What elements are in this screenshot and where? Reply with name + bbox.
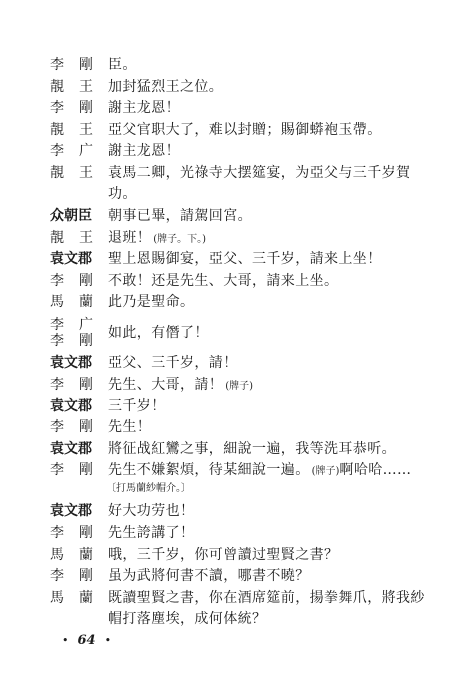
dialogue-text: 亞父官职大了，难以封贈；賜御蟒袍玉帶。: [108, 122, 382, 138]
dialogue-text: 亞父、三千岁，請！: [108, 355, 238, 371]
dialogue-line: 李剛 先生不嫌絮煩，待某細說一遍。(牌子)啊哈哈……: [0, 462, 460, 478]
dialogue-line: 袁文郡 好大功劳也！: [0, 503, 460, 519]
speaker-name: 李剛: [50, 100, 108, 116]
action-line: 〔打馬蘭紗帽介。〕: [0, 483, 460, 495]
script-page: 李剛 臣。 靚王 加封猛烈王之位。 李剛 謝主龙恩！ 靚王 亞父官职大了，难以封…: [0, 0, 460, 690]
dialogue-text: 不敢！还是先生、大哥，請来上坐。: [108, 273, 338, 289]
dialogue-text: 先生！: [108, 419, 151, 435]
dialogue-text: 謝主龙恩！: [108, 143, 180, 159]
dialogue-line: 靚王 袁馬二卿，光祿寺大摆筵宴，为亞父与三千岁賀: [0, 165, 460, 181]
dialogue-line: 李剛 虽为武將何書不讀，哪書不曉？: [0, 568, 460, 584]
stage-direction: (牌子。下。): [153, 234, 206, 245]
dialogue-text: 退班！(牌子。下。): [108, 230, 206, 248]
dialogue-line: 李剛 先生！: [0, 419, 460, 435]
dialogue-line: 李广 謝主龙恩！: [0, 143, 460, 159]
dialogue-text: 先生不嫌絮煩，待某細說一遍。(牌子)啊哈哈……: [108, 462, 411, 480]
page-number-footer: •64•: [62, 633, 111, 649]
dialogue-line: 李剛 臣。: [0, 57, 460, 73]
page-number: 64: [78, 633, 96, 648]
dialogue-text: 臣。: [108, 57, 137, 73]
speaker-name: 李剛: [50, 462, 108, 478]
dialogue-line: 李剛 先生誇講了！: [0, 525, 460, 541]
dialogue-text: 先生誇講了！: [108, 525, 194, 541]
dialogue-text: 既讀聖賢之書，你在酒席筵前，揚拳舞爪，將我紗: [108, 590, 425, 606]
stage-action: 〔打馬蘭紗帽介。〕: [106, 483, 191, 495]
dialogue-line: 馬蘭 既讀聖賢之書，你在酒席筵前，揚拳舞爪，將我紗: [0, 590, 460, 606]
dialogue-line: 靚王 退班！(牌子。下。): [0, 230, 460, 246]
speaker-name: 靚王: [50, 165, 108, 181]
dialogue-line: 李剛 先生、大哥，請！(牌子): [0, 377, 460, 393]
speaker-name: 李剛: [50, 525, 108, 541]
dialogue-text: 如此，有僭了！: [108, 325, 209, 341]
dialogue-line: 众朝臣 朝事已畢，請駕回宮。: [0, 208, 460, 224]
dialogue-words: 先生不嫌絮煩，待某細說一遍。: [108, 462, 310, 478]
speaker-name: 李剛: [50, 377, 108, 393]
dialogue-text: 將征战紅鸞之事，細說一遍，我等洗耳恭听。: [108, 441, 396, 457]
speaker-name: 靚王: [50, 79, 108, 95]
dialogue-line: 馬蘭 此乃是聖命。: [0, 294, 460, 310]
stage-direction: (牌子): [225, 381, 253, 392]
speaker-name: 李剛: [50, 57, 108, 73]
speaker-name: 袁文郡: [50, 441, 92, 457]
speaker-name: 馬蘭: [50, 294, 108, 310]
dialogue-line: 李剛 謝主龙恩！: [0, 100, 460, 116]
stage-direction: (牌子): [312, 466, 340, 477]
speaker-name: 李广: [50, 317, 108, 333]
dialogue-text: 朝事已畢，請駕回宮。: [108, 208, 252, 224]
dialogue-continuation: 帽打落塵埃，成何体統？: [108, 611, 266, 627]
speaker-name: 馬蘭: [50, 590, 108, 606]
speaker-name: 袁文郡: [50, 355, 92, 371]
dialogue-continuation-line: 帽打落塵埃，成何体統？: [0, 611, 460, 627]
dialogue-text: 哦，三千岁，你可曾讀过聖賢之書？: [108, 547, 338, 563]
speaker-name: 李剛: [50, 419, 108, 435]
speaker-name: 众朝臣: [50, 208, 92, 224]
dialogue-text: 好大功劳也！: [108, 503, 194, 519]
dialogue-text: 袁馬二卿，光祿寺大摆筵宴，为亞父与三千岁賀: [108, 165, 410, 181]
dialogue-text: 聖上恩賜御宴，亞父、三千岁，請来上坐！: [108, 251, 382, 267]
dialogue-text: 虽为武將何書不讀，哪書不曉？: [108, 568, 310, 584]
dialogue-continuation: 功。: [108, 186, 137, 202]
dialogue-line: 李剛 不敢！还是先生、大哥，請来上坐。: [0, 273, 460, 289]
dialogue-line: 馬蘭 哦，三千岁，你可曾讀过聖賢之書？: [0, 547, 460, 563]
dialogue-text: 加封猛烈王之位。: [108, 79, 223, 95]
dialogue-words-after: 啊哈哈……: [339, 462, 411, 478]
dialogue-line: 袁文郡 三千岁！: [0, 398, 460, 414]
bullet-icon: •: [62, 634, 69, 647]
dialogue-words: 退班！: [108, 230, 151, 246]
speaker-name: 李剛: [50, 568, 108, 584]
speaker-name: 袁文郡: [50, 398, 92, 414]
speaker-name: 靚王: [50, 122, 108, 138]
dialogue-line: 袁文郡 亞父、三千岁，請！: [0, 355, 460, 371]
speaker-name: 袁文郡: [50, 503, 92, 519]
speaker-name: 李剛: [50, 273, 108, 289]
dialogue-line: 袁文郡 聖上恩賜御宴，亞父、三千岁，請来上坐！: [0, 251, 460, 267]
speaker-name: 靚王: [50, 230, 108, 246]
dialogue-line: 靚王 加封猛烈王之位。: [0, 79, 460, 95]
speaker-name: 李剛: [50, 333, 108, 349]
dialogue-text: 先生、大哥，請！(牌子): [108, 377, 253, 395]
dialogue-continuation-line: 功。: [0, 186, 460, 202]
speaker-name: 李广: [50, 143, 108, 159]
speaker-name: 袁文郡: [50, 251, 92, 267]
dialogue-text: 謝主龙恩！: [108, 100, 180, 116]
speaker-name: 馬蘭: [50, 547, 108, 563]
dialogue-line-joint: 李广 李剛 如此，有僭了！: [0, 317, 460, 349]
dialogue-words: 先生、大哥，請！: [108, 377, 223, 393]
dialogue-line: 靚王 亞父官职大了，难以封贈；賜御蟒袍玉帶。: [0, 122, 460, 138]
dialogue-line: 袁文郡 將征战紅鸞之事，細說一遍，我等洗耳恭听。: [0, 441, 460, 457]
dialogue-text: 三千岁！: [108, 398, 166, 414]
bullet-icon: •: [105, 634, 112, 647]
dialogue-text: 此乃是聖命。: [108, 294, 194, 310]
